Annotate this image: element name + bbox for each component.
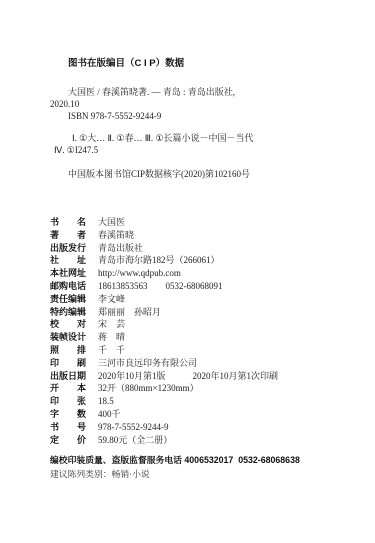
info-row-value: 千 千 <box>98 345 125 355</box>
info-row: 著 者春溪笛晓 <box>50 229 347 242</box>
page-footer: 编校印装质量、盗版监督服务电话 4006532017 0532-68068638… <box>50 454 347 480</box>
cip-record-line1: 大国医 / 春溪笛晓著. — 青岛 : 青岛出版社, <box>68 86 347 98</box>
info-row-label: 邮购电话 <box>50 280 92 293</box>
info-row-label: 出版日期 <box>50 370 92 383</box>
info-row-value: 2020年10月第1版 2020年10月第1次印刷 <box>98 371 278 381</box>
info-row-label: 印 张 <box>50 395 92 408</box>
info-row-value: 18.5 <box>98 396 114 406</box>
book-copyright-page: 图书在版编目（C I P）数据 大国医 / 春溪笛晓著. — 青岛 : 青岛出版… <box>0 0 375 543</box>
cip-title: 图书在版编目（C I P）数据 <box>68 58 347 70</box>
info-row: 装帧设计蒋 晴 <box>50 331 347 344</box>
info-row: 社 址青岛市海尔路182号（266061） <box>50 254 347 267</box>
info-row-label: 本社网址 <box>50 267 92 280</box>
info-row-label: 书 名 <box>50 216 92 229</box>
cip-registry-line: 中国版本图书馆CIP数据核字(2020)第102160号 <box>68 168 347 180</box>
info-row-label: 字 数 <box>50 408 92 421</box>
info-row: 校 对宋 芸 <box>50 318 347 331</box>
info-row: 邮购电话18613853563 0532-68068091 <box>50 280 347 293</box>
info-row-value: 春溪笛晓 <box>98 230 134 240</box>
info-row-label: 社 址 <box>50 254 92 267</box>
info-row-value: 三河市良远印务有限公司 <box>98 358 197 368</box>
info-row-value: 32开（880mm×1230mm） <box>98 383 199 393</box>
info-row-label: 开 本 <box>50 382 92 395</box>
info-row: 定 价59.80元（全二册） <box>50 434 347 447</box>
info-row-label: 书 号 <box>50 421 92 434</box>
info-row-value: 400千 <box>98 409 121 419</box>
info-row: 开 本32开（880mm×1230mm） <box>50 382 347 395</box>
info-row-value: 18613853563 0532-68068091 <box>98 281 223 291</box>
info-row-value: 978-7-5552-9244-9 <box>98 422 169 432</box>
info-row: 印 张18.5 <box>50 395 347 408</box>
info-row-label: 印 刷 <box>50 357 92 370</box>
info-row: 书 名大国医 <box>50 216 347 229</box>
info-row-value: 青岛市海尔路182号（266061） <box>98 255 220 265</box>
cip-class-line1: Ⅰ. ①大… Ⅱ. ①春… Ⅲ. ①长篇小说－中国－当代 <box>72 132 347 144</box>
info-row-value: 宋 芸 <box>98 319 125 329</box>
info-row: 印 刷三河市良远印务有限公司 <box>50 357 347 370</box>
info-row: 本社网址http://www.qdpub.com <box>50 267 347 280</box>
cip-record-line2: 2020.10 <box>50 98 347 110</box>
info-row: 字 数400千 <box>50 408 347 421</box>
cip-class-line2: Ⅳ. ①I247.5 <box>54 144 347 156</box>
info-row-label: 校 对 <box>50 318 92 331</box>
info-row-value: 青岛出版社 <box>98 243 143 253</box>
info-row: 书 号978-7-5552-9244-9 <box>50 421 347 434</box>
page-content: 图书在版编目（C I P）数据 大国医 / 春溪笛晓著. — 青岛 : 青岛出版… <box>0 0 375 480</box>
cip-registry-block: 中国版本图书馆CIP数据核字(2020)第102160号 <box>50 168 347 180</box>
shelf-category-line: 建议陈列类别：畅销·小说 <box>50 468 347 480</box>
info-row-label: 出版发行 <box>50 242 92 255</box>
info-row: 特约编辑郑丽丽 孙昭月 <box>50 306 347 319</box>
info-row-label: 著 者 <box>50 229 92 242</box>
info-row-value: 郑丽丽 孙昭月 <box>98 307 161 317</box>
info-row-value: 李文峰 <box>98 294 125 304</box>
cip-section: 图书在版编目（C I P）数据 大国医 / 春溪笛晓著. — 青岛 : 青岛出版… <box>50 58 347 180</box>
info-row: 出版日期2020年10月第1版 2020年10月第1次印刷 <box>50 370 347 383</box>
quality-hotline-line: 编校印装质量、盗版监督服务电话 4006532017 0532-68068638 <box>50 454 347 466</box>
info-row-value: 大国医 <box>98 217 125 227</box>
cip-classification-block: Ⅰ. ①大… Ⅱ. ①春… Ⅲ. ①长篇小说－中国－当代 Ⅳ. ①I247.5 <box>50 132 347 156</box>
cip-record-block: 大国医 / 春溪笛晓著. — 青岛 : 青岛出版社, 2020.10 ISBN … <box>50 86 347 122</box>
info-row-label: 责任编辑 <box>50 293 92 306</box>
info-row-label: 定 价 <box>50 434 92 447</box>
publication-info-table: 书 名大国医 著 者春溪笛晓 出版发行青岛出版社 社 址青岛市海尔路182号（2… <box>50 216 347 446</box>
info-row-label: 特约编辑 <box>50 306 92 319</box>
info-row: 出版发行青岛出版社 <box>50 242 347 255</box>
info-row: 照 排千 千 <box>50 344 347 357</box>
info-row-label: 装帧设计 <box>50 331 92 344</box>
info-row-label: 照 排 <box>50 344 92 357</box>
info-row-value: 59.80元（全二册） <box>98 435 172 445</box>
info-row-value: 蒋 晴 <box>98 332 125 342</box>
info-row: 责任编辑李文峰 <box>50 293 347 306</box>
info-row-value: http://www.qdpub.com <box>98 268 181 278</box>
cip-isbn-line: ISBN 978-7-5552-9244-9 <box>68 110 347 122</box>
